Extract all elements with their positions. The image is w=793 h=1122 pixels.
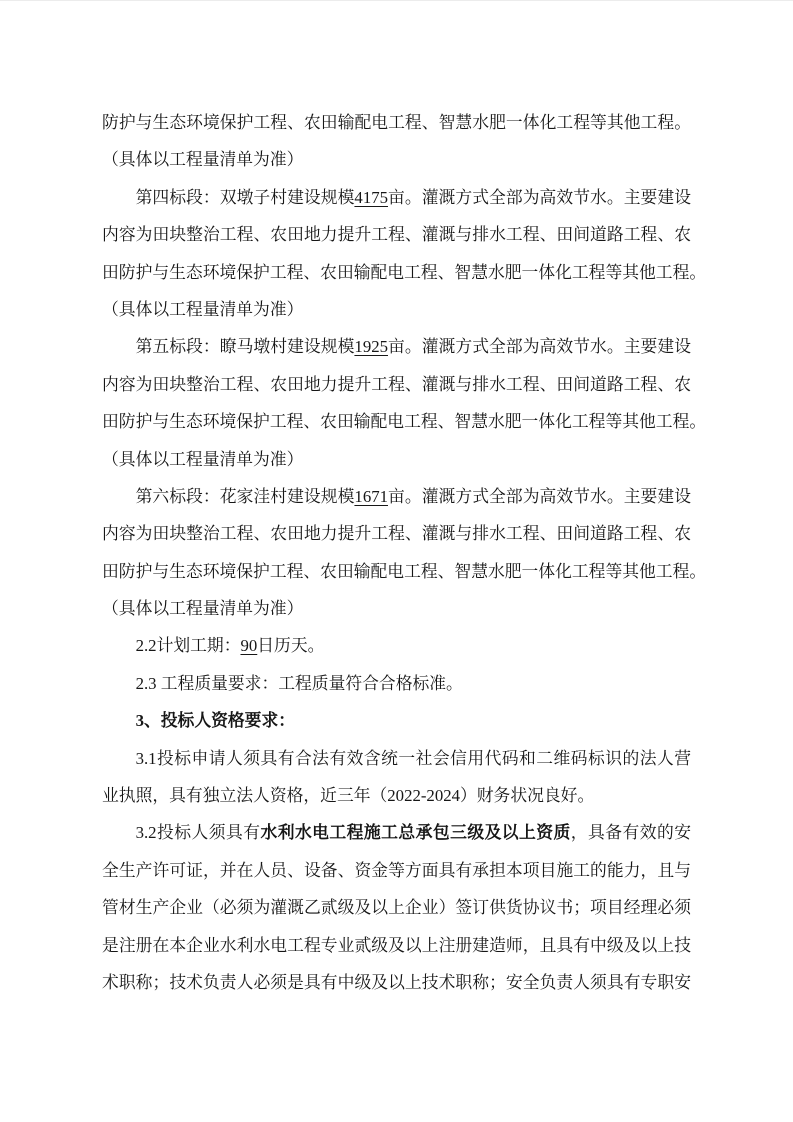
document-line: 田防护与生态环境保护工程、农田输配电工程、智慧水肥一体化工程等其他工程。	[102, 403, 691, 440]
text-run: （具体以工程量清单为准）	[102, 599, 303, 618]
text-run: 内容为田块整治工程、农田地力提升工程、灌溉与排水工程、田间道路工程、农	[102, 375, 691, 394]
document-line: 田防护与生态环境保护工程、农田输配电工程、智慧水肥一体化工程等其他工程。	[102, 254, 691, 291]
text-run: 内容为田块整治工程、农田地力提升工程、灌溉与排水工程、田间道路工程、农	[102, 524, 691, 543]
emphasized-text-run: 水利水电工程施工总承包三级及以上资质	[260, 823, 570, 842]
text-run: 3.2投标人须具有	[136, 823, 261, 842]
document-line: 管材生产企业（必须为灌溉乙贰级及以上企业）签订供货协议书；项目经理必须	[102, 889, 691, 926]
text-run: 内容为田块整治工程、农田地力提升工程、灌溉与排水工程、田间道路工程、农	[102, 225, 691, 244]
text-run: 第四标段：双墩子村建设规模	[136, 188, 355, 207]
document-line: （具体以工程量清单为准）	[102, 441, 691, 478]
document-line: 2.2计划工期：90日历天。	[102, 627, 691, 664]
text-run: （具体以工程量清单为准）	[102, 150, 303, 169]
document-line: 第四标段：双墩子村建设规模4175亩。灌溉方式全部为高效节水。主要建设	[102, 179, 691, 216]
text-run: （具体以工程量清单为准）	[102, 300, 303, 319]
text-run: 亩。灌溉方式全部为高效节水。主要建设	[388, 337, 691, 356]
document-line: 内容为田块整治工程、农田地力提升工程、灌溉与排水工程、田间道路工程、农	[102, 515, 691, 552]
document-line: 内容为田块整治工程、农田地力提升工程、灌溉与排水工程、田间道路工程、农	[102, 216, 691, 253]
document-line: （具体以工程量清单为准）	[102, 291, 691, 328]
text-run: 亩。灌溉方式全部为高效节水。主要建设	[388, 188, 691, 207]
filled-blank-value: 4175	[354, 188, 388, 207]
document-line: 3、投标人资格要求：	[102, 702, 691, 739]
text-run: 第六标段：花家洼村建设规模	[136, 487, 355, 506]
document-line: 是注册在本企业水利水电工程专业贰级及以上注册建造师，且具有中级及以上技	[102, 927, 691, 964]
document-line: 2.3 工程质量要求：工程质量符合合格标准。	[102, 665, 691, 702]
document-lines: 防护与生态环境保护工程、农田输配电工程、智慧水肥一体化工程等其他工程。（具体以工…	[102, 104, 691, 1001]
filled-blank-value: 90	[240, 636, 257, 655]
document-page: 防护与生态环境保护工程、农田输配电工程、智慧水肥一体化工程等其他工程。（具体以工…	[0, 0, 793, 1122]
text-run: 日历天。	[257, 636, 324, 655]
emphasized-text-run: 3、投标人资格要求：	[136, 711, 295, 730]
text-run: 防护与生态环境保护工程、农田输配电工程、智慧水肥一体化工程等其他工程。	[102, 113, 691, 132]
document-line: 防护与生态环境保护工程、农田输配电工程、智慧水肥一体化工程等其他工程。	[102, 104, 691, 141]
text-run: 是注册在本企业水利水电工程专业贰级及以上注册建造师，且具有中级及以上技	[102, 936, 691, 955]
text-run: ，具备有效的安	[571, 823, 691, 842]
filled-blank-value: 1925	[354, 337, 388, 356]
text-run: 术职称；技术负责人必须是具有中级及以上技术职称；安全负责人须具有专职安	[102, 973, 691, 992]
text-run: 亩。灌溉方式全部为高效节水。主要建设	[388, 487, 691, 506]
document-line: 内容为田块整治工程、农田地力提升工程、灌溉与排水工程、田间道路工程、农	[102, 366, 691, 403]
text-run: 管材生产企业（必须为灌溉乙贰级及以上企业）签订供货协议书；项目经理必须	[102, 898, 691, 917]
document-line: 业执照，具有独立法人资格，近三年（2022-2024）财务状况良好。	[102, 777, 691, 814]
document-line: 3.1投标申请人须具有合法有效含统一社会信用代码和二维码标识的法人营	[102, 740, 691, 777]
text-run: 2.2计划工期：	[136, 636, 241, 655]
document-line: （具体以工程量清单为准）	[102, 590, 691, 627]
text-run: 3.1投标申请人须具有合法有效含统一社会信用代码和二维码标识的法人营	[136, 749, 691, 768]
text-run: 业执照，具有独立法人资格，近三年（2022-2024）财务状况良好。	[102, 786, 594, 805]
text-run: 田防护与生态环境保护工程、农田输配电工程、智慧水肥一体化工程等其他工程。	[102, 412, 706, 431]
document-line: 第五标段：瞭马墩村建设规模1925亩。灌溉方式全部为高效节水。主要建设	[102, 328, 691, 365]
text-run: 田防护与生态环境保护工程、农田输配电工程、智慧水肥一体化工程等其他工程。	[102, 562, 706, 581]
document-line: 全生产许可证，并在人员、设备、资金等方面具有承担本项目施工的能力，且与	[102, 852, 691, 889]
document-line: 术职称；技术负责人必须是具有中级及以上技术职称；安全负责人须具有专职安	[102, 964, 691, 1001]
document-line: 第六标段：花家洼村建设规模1671亩。灌溉方式全部为高效节水。主要建设	[102, 478, 691, 515]
text-run: 第五标段：瞭马墩村建设规模	[136, 337, 355, 356]
document-line: （具体以工程量清单为准）	[102, 141, 691, 178]
text-run: （具体以工程量清单为准）	[102, 450, 303, 469]
text-run: 田防护与生态环境保护工程、农田输配电工程、智慧水肥一体化工程等其他工程。	[102, 263, 706, 282]
document-line: 田防护与生态环境保护工程、农田输配电工程、智慧水肥一体化工程等其他工程。	[102, 553, 691, 590]
text-run: 全生产许可证，并在人员、设备、资金等方面具有承担本项目施工的能力，且与	[102, 861, 691, 880]
text-run: 2.3 工程质量要求：工程质量符合合格标准。	[136, 674, 463, 693]
document-line: 3.2投标人须具有水利水电工程施工总承包三级及以上资质，具备有效的安	[102, 814, 691, 851]
filled-blank-value: 1671	[354, 487, 388, 506]
